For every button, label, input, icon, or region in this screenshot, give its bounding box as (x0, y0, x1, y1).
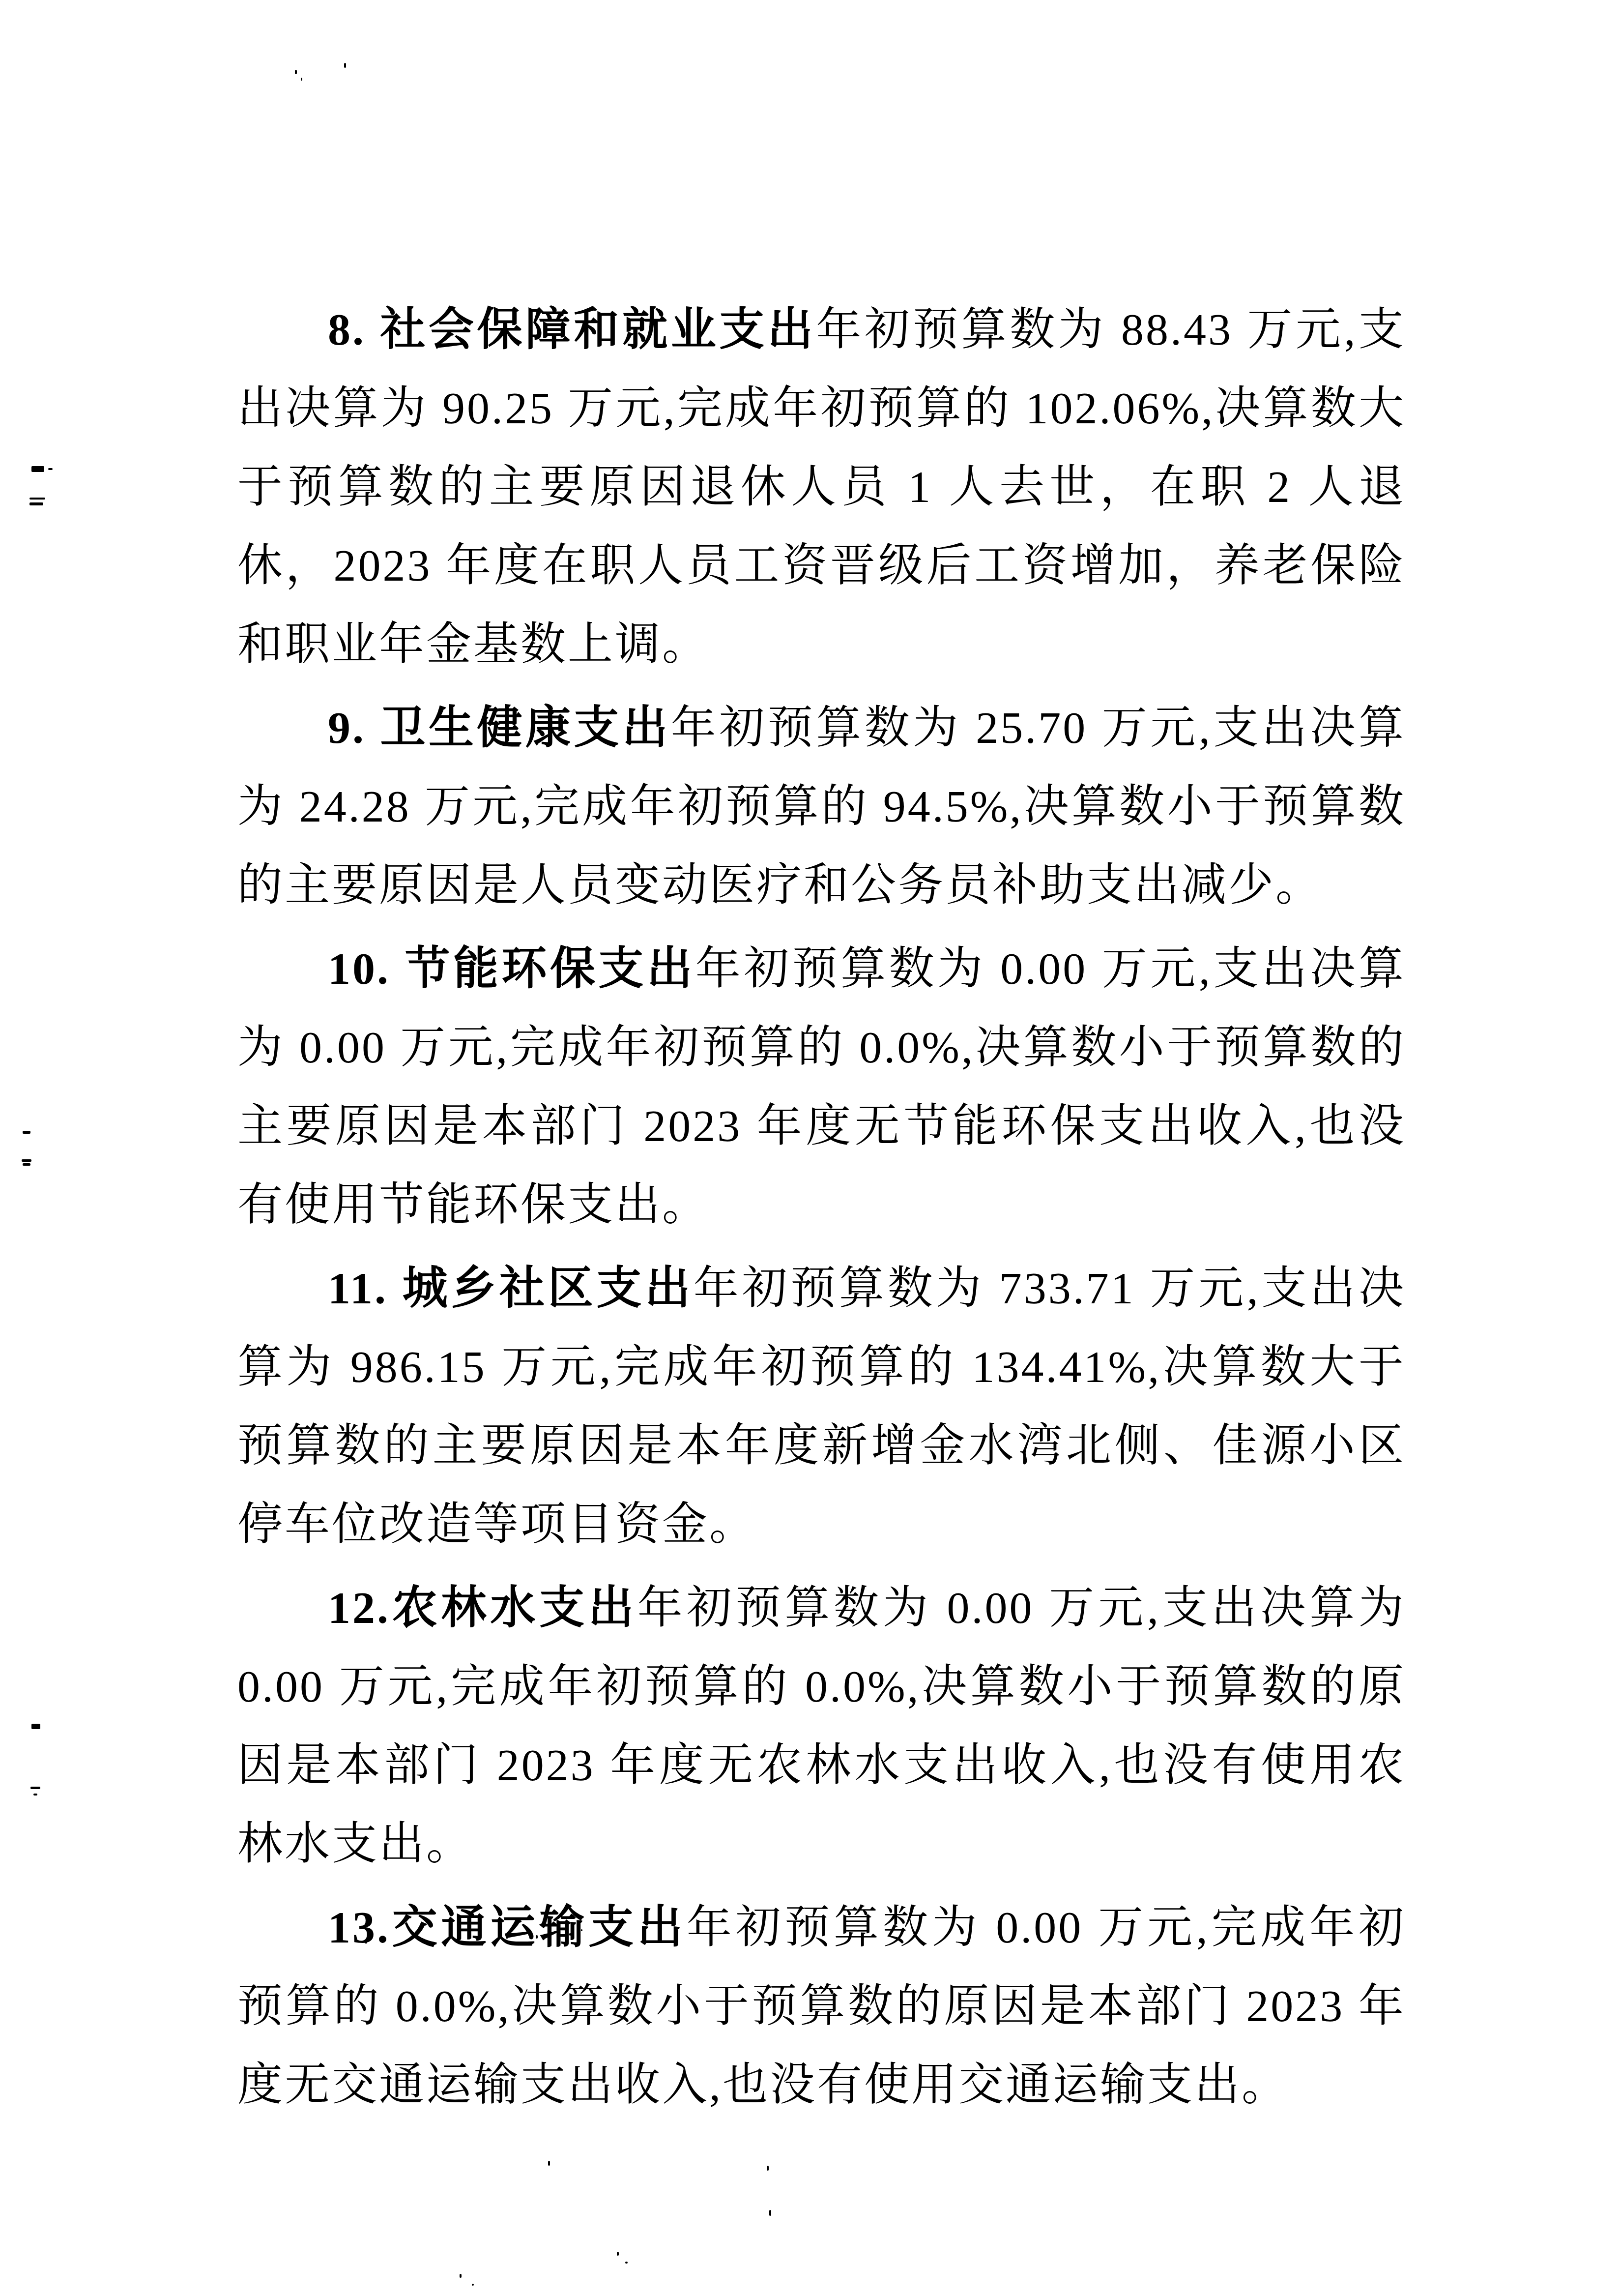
document-page: 8. 社会保障和就业支出年初预算数为 88.43 万元,支出决算为 90.25 … (0, 0, 1620, 2296)
scan-speck (30, 1787, 40, 1789)
paragraph-item-13: 13.交通运输支出年初预算数为 0.00 万元,完成年初预算的 0.0%,决算数… (237, 1888, 1406, 2124)
scan-speck (29, 502, 43, 505)
scan-speck (29, 498, 45, 500)
scan-speck (767, 2166, 769, 2171)
scan-speck (581, 1929, 582, 1931)
scan-speck (301, 78, 302, 81)
scan-speck (295, 70, 297, 74)
scan-speck (617, 2252, 619, 2256)
paragraph-10-heading: 10. 节能环保支出 (328, 943, 695, 994)
paragraph-11-heading: 11. 城乡社区支出 (328, 1263, 694, 1313)
scan-speck (460, 2274, 462, 2278)
paragraph-item-11: 11. 城乡社区支出年初预算数为 733.71 万元,支出决算为 986.15 … (237, 1249, 1406, 1563)
paragraph-item-9: 9. 卫生健康支出年初预算数为 25.70 万元,支出决算为 24.28 万元,… (237, 688, 1406, 924)
scan-speck (23, 1163, 30, 1166)
scan-speck (625, 2262, 628, 2264)
scan-speck (365, 1942, 367, 1943)
scan-speck (22, 1159, 31, 1162)
paragraph-9-heading: 9. 卫生健康支出 (328, 703, 671, 753)
scan-speck (569, 1933, 571, 1936)
paragraph-item-12: 12.农林水支出年初预算数为 0.00 万元,支出决算为 0.00 万元,完成年… (237, 1568, 1406, 1883)
document-text-block: 8. 社会保障和就业支出年初预算数为 88.43 万元,支出决算为 90.25 … (237, 290, 1406, 2129)
scan-speck (548, 2161, 550, 2166)
paragraph-item-10: 10. 节能环保支出年初预算数为 0.00 万元,支出决算为 0.00 万元,完… (237, 929, 1406, 1244)
scan-speck (344, 63, 346, 68)
paragraph-8-heading: 8. 社会保障和就业支出 (328, 304, 816, 354)
paragraph-item-8: 8. 社会保障和就业支出年初预算数为 88.43 万元,支出决算为 90.25 … (237, 290, 1406, 683)
scan-speck (31, 466, 44, 472)
scanned-document-page: { "document": { "kind": "scanned budget … (0, 0, 1620, 2296)
scan-speck (48, 468, 53, 470)
scan-speck (609, 1996, 611, 1999)
scan-speck (536, 1935, 538, 1939)
scan-speck (23, 1131, 30, 1134)
scan-speck (31, 1724, 40, 1729)
scan-speck (33, 1794, 37, 1796)
scan-speck (769, 2210, 771, 2216)
paragraph-12-heading: 12.农林水支出 (328, 1583, 637, 1633)
scan-speck (415, 1931, 417, 1934)
paragraph-8-body: 年初预算数为 88.43 万元,支出决算为 90.25 万元,完成年初预算的 1… (237, 304, 1406, 669)
paragraph-13-heading: 13.交通运输支出 (328, 1902, 687, 1952)
scan-speck (472, 2284, 474, 2286)
